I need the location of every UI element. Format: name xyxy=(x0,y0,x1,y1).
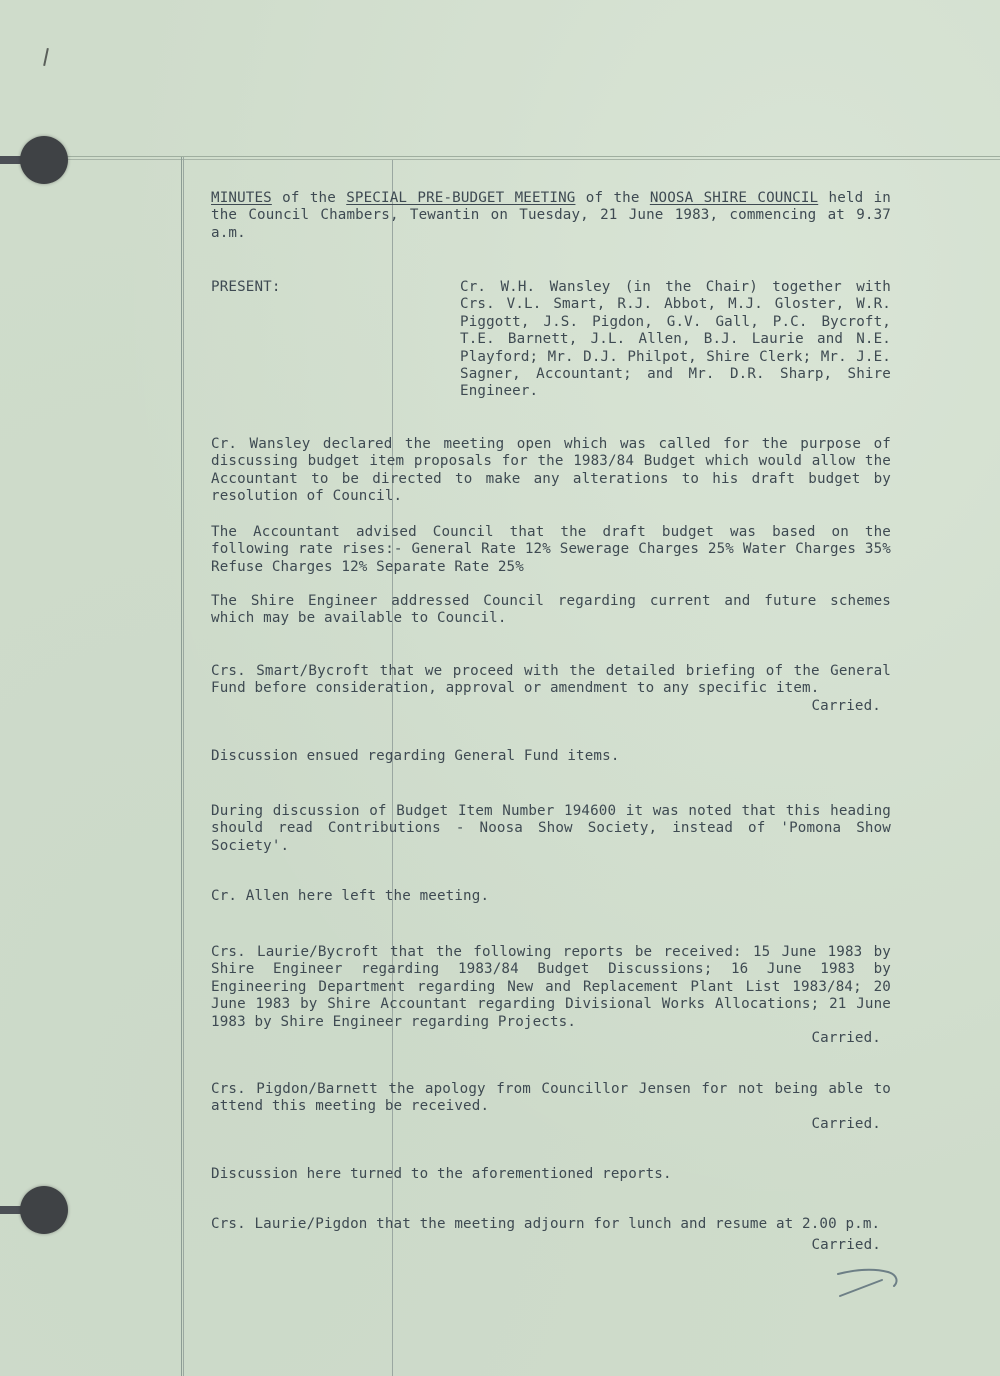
top-margin-rule xyxy=(40,156,1000,160)
heading-meeting-type: SPECIAL PRE-BUDGET MEETING xyxy=(346,190,575,206)
paragraph-opening: Cr. Wansley declared the meeting open wh… xyxy=(211,436,891,506)
motion-pigdon-barnett: Crs. Pigdon/Barnett the apology from Cou… xyxy=(211,1081,891,1116)
paragraph-rate-rises: The Accountant advised Council that the … xyxy=(211,524,891,576)
motion-smart-bycroft: Crs. Smart/Bycroft that we proceed with … xyxy=(211,663,891,698)
carried-label: Carried. xyxy=(811,698,881,715)
paragraph-engineer-schemes: The Shire Engineer addressed Council reg… xyxy=(211,593,891,628)
handwritten-initials-icon xyxy=(832,1266,902,1300)
paragraph-allen-left: Cr. Allen here left the meeting. xyxy=(211,888,891,905)
motion-laurie-bycroft: Crs. Laurie/Bycroft that the following r… xyxy=(211,944,891,1031)
present-attendees: Cr. W.H. Wansley (in the Chair) together… xyxy=(460,279,891,401)
heading-connector: of the xyxy=(575,190,649,206)
minutes-heading: MINUTES of the SPECIAL PRE-BUDGET MEETIN… xyxy=(211,190,891,242)
present-label: PRESENT: xyxy=(211,279,281,296)
carried-label: Carried. xyxy=(811,1116,881,1133)
punch-hole-top-icon xyxy=(20,136,68,184)
carried-label: Carried. xyxy=(811,1030,881,1047)
paragraph-reports-discussion: Discussion here turned to the aforementi… xyxy=(211,1166,891,1183)
heading-minutes: MINUTES xyxy=(211,190,272,206)
column-guide-rule xyxy=(392,160,393,1376)
paragraph-general-fund: Discussion ensued regarding General Fund… xyxy=(211,748,891,765)
carried-label: Carried. xyxy=(811,1237,881,1254)
left-margin-rule xyxy=(181,157,184,1376)
heading-connector: of the xyxy=(272,190,346,206)
punch-hole-bottom-icon xyxy=(20,1186,68,1234)
motion-laurie-pigdon: Crs. Laurie/Pigdon that the meeting adjo… xyxy=(211,1216,891,1233)
paragraph-budget-item: During discussion of Budget Item Number … xyxy=(211,803,891,855)
heading-council-name: NOOSA SHIRE COUNCIL xyxy=(650,190,818,206)
